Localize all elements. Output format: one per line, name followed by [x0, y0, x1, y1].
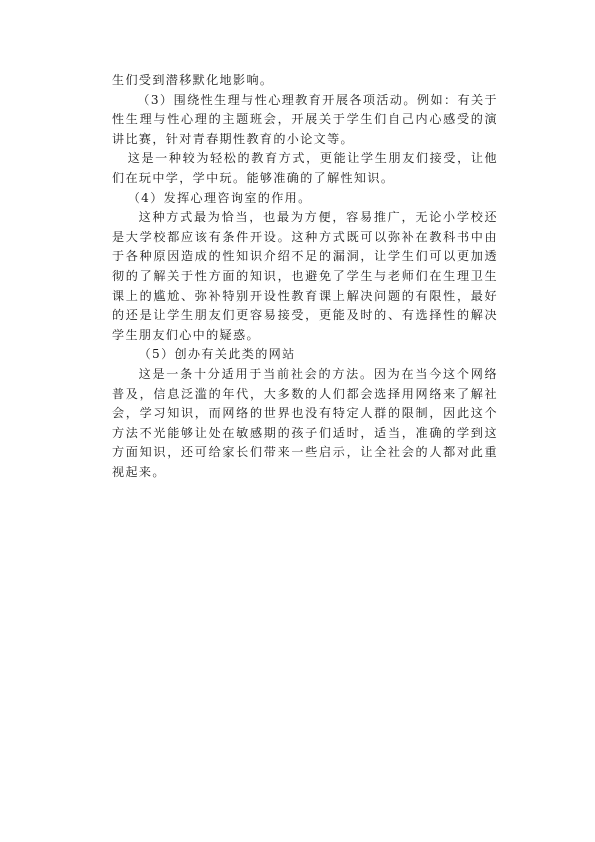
paragraph-item-5-explanation: 这是一条十分适用于当前社会的方法。因为在当今这个网络普及，信息泛滥的年代，大多数… — [112, 365, 498, 483]
paragraph-item-3-explanation: 这是一种较为轻松的教育方式，更能让学生朋友们接受，让他们在玩中学，学中玩。能够准… — [112, 149, 498, 188]
paragraph-item-4: （4）发挥心理咨询室的作用。 — [112, 189, 498, 209]
paragraph-continuation: 生们受到潜移默化地影响。 — [112, 71, 498, 91]
paragraph-item-3: （3）围绕性生理与性心理教育开展各项活动。例如：有关于性生理与性心理的主题班会，… — [112, 91, 498, 150]
document-page: 生们受到潜移默化地影响。 （3）围绕性生理与性心理教育开展各项活动。例如：有关于… — [112, 71, 498, 482]
paragraph-item-5: （5）创办有关此类的网站 — [112, 345, 498, 365]
paragraph-item-4-explanation: 这种方式最为恰当，也最为方便，容易推广，无论小学校还是大学校都应该有条件开设。这… — [112, 208, 498, 345]
